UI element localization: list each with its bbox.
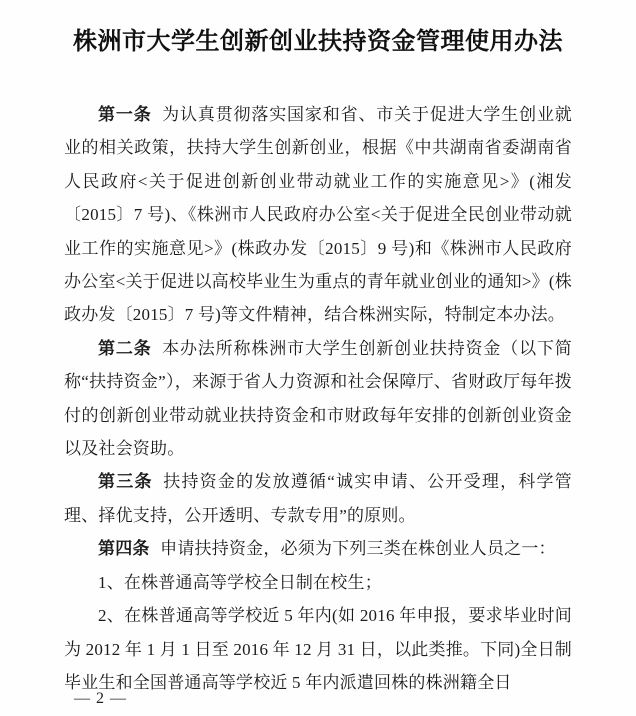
paragraph-article-4: 第四条申请扶持资金，必须为下列三类在株创业人员之一： bbox=[64, 532, 572, 565]
paragraph-list-item-2: 2、在株普通高等学校近 5 年内(如 2016 年申报，要求毕业时间为 2012… bbox=[64, 599, 572, 699]
document-title: 株洲市大学生创新创业扶持资金管理使用办法 bbox=[64, 26, 572, 58]
page-footer: — 2 — bbox=[74, 690, 127, 708]
page-number: — 2 — bbox=[74, 690, 127, 707]
list-item-2-text: 2、在株普通高等学校近 5 年内(如 2016 年申报，要求毕业时间为 2012… bbox=[64, 606, 572, 692]
paragraph-article-2: 第二条本办法所称株洲市大学生创新创业扶持资金（以下简称“扶持资金”），来源于省人… bbox=[64, 332, 572, 466]
paragraph-list-item-1: 1、在株普通高等学校全日制在校生； bbox=[64, 566, 572, 599]
document-page: 株洲市大学生创新创业扶持资金管理使用办法 第一条为认真贯彻落实国家和省、市关于促… bbox=[0, 0, 636, 716]
paragraph-article-1: 第一条为认真贯彻落实国家和省、市关于促进大学生创业就业的相关政策，扶持大学生创新… bbox=[64, 98, 572, 332]
article-1-text: 为认真贯彻落实国家和省、市关于促进大学生创业就业的相关政策，扶持大学生创新创业，… bbox=[64, 105, 572, 324]
document-body: 第一条为认真贯彻落实国家和省、市关于促进大学生创业就业的相关政策，扶持大学生创新… bbox=[64, 98, 572, 699]
list-item-1-text: 1、在株普通高等学校全日制在校生； bbox=[98, 573, 382, 592]
article-4-label: 第四条 bbox=[98, 539, 150, 558]
article-3-label: 第三条 bbox=[98, 472, 153, 491]
article-4-text: 申请扶持资金，必须为下列三类在株创业人员之一： bbox=[160, 539, 556, 558]
article-2-label: 第二条 bbox=[98, 339, 152, 358]
paragraph-article-3: 第三条扶持资金的发放遵循“诚实申请、公开受理，科学管理、择优支持，公开透明、专款… bbox=[64, 465, 572, 532]
article-1-label: 第一条 bbox=[98, 105, 152, 124]
